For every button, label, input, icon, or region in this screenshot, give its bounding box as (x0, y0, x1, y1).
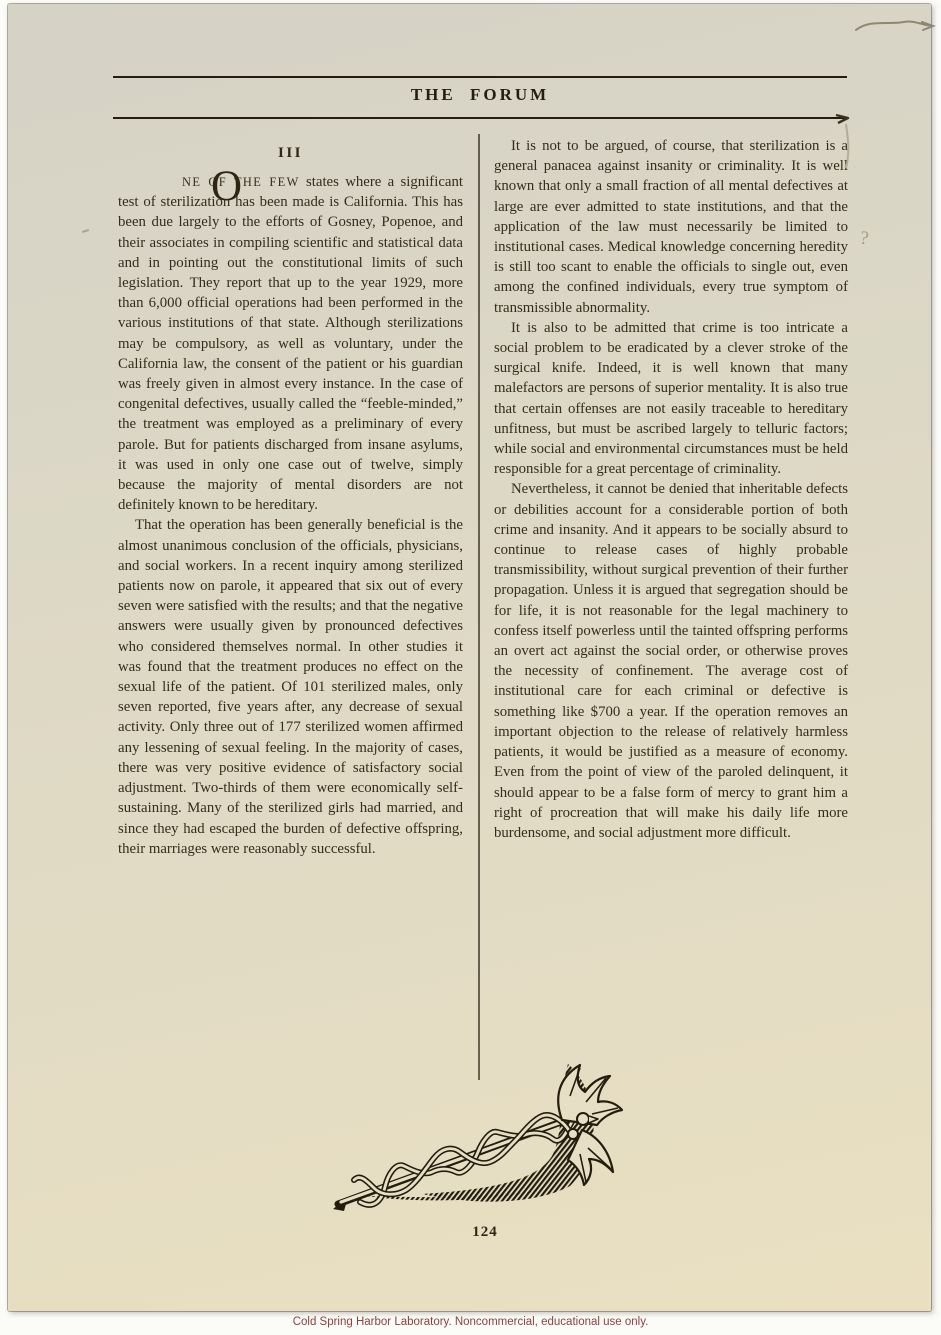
column-divider-rule (478, 134, 480, 1080)
left-column: ONE OF THE FEW states where a significan… (118, 172, 463, 859)
pencil-dash-mark (82, 229, 89, 233)
pencil-arrow-mark (834, 108, 860, 172)
paragraph: ONE OF THE FEW states where a significan… (118, 172, 463, 515)
drop-cap: O (147, 165, 242, 208)
scan-caption: Cold Spring Harbor Laboratory. Noncommer… (0, 1316, 941, 1328)
header-rule-bottom (113, 117, 847, 119)
dove-head (577, 1113, 589, 1125)
scanned-document-page: THE FORUM III ONE OF THE FEW states wher… (0, 0, 941, 1335)
section-heading: III (118, 145, 463, 162)
right-column: It is not to be argued, of course, that … (494, 136, 848, 843)
page-number: 124 (435, 1224, 535, 1241)
page-header-title: THE FORUM (113, 85, 847, 105)
paragraph: Nevertheless, it cannot be denied that i… (494, 479, 848, 843)
paragraph: It is not to be argued, of course, that … (494, 136, 848, 318)
pencil-squiggle-mark (852, 12, 940, 42)
paragraph-text: states where a significant test of steri… (118, 174, 463, 513)
pencil-question-mark: ? (859, 228, 870, 251)
paper-sheet: THE FORUM III ONE OF THE FEW states wher… (8, 4, 931, 1311)
paragraph: It is also to be admitted that crime is … (494, 318, 848, 480)
caduceus-illustration (330, 1062, 675, 1217)
paragraph: That the operation has been generally be… (118, 515, 463, 858)
header-rule-top (113, 76, 847, 78)
